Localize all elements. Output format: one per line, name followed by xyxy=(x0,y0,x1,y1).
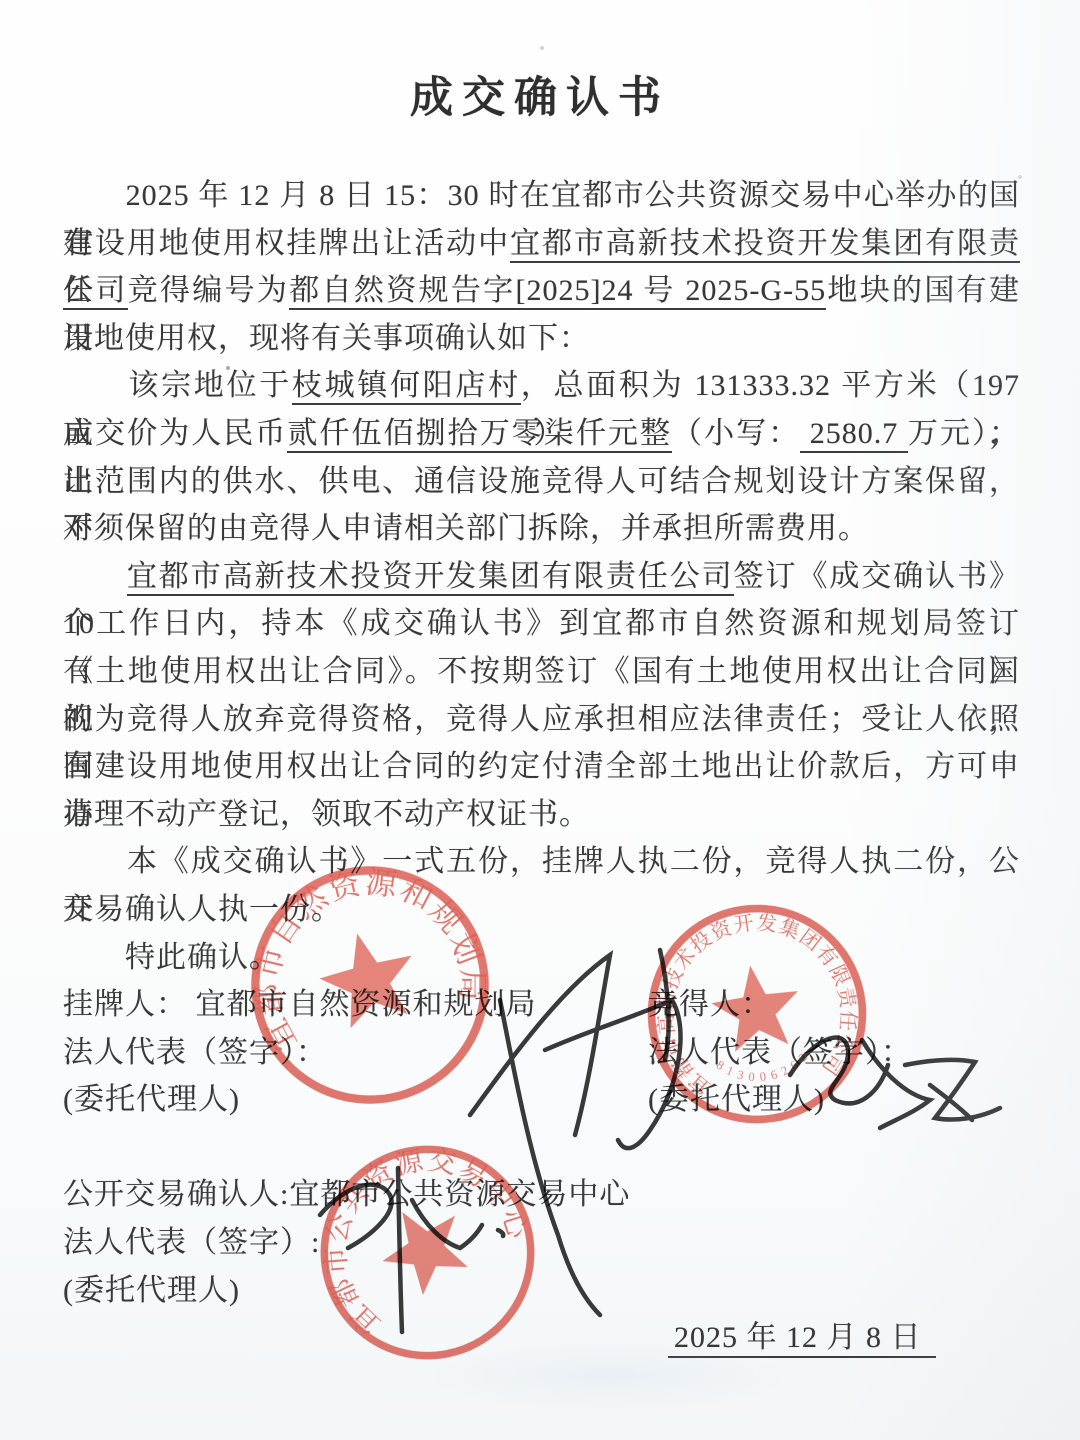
document-line: 让范围内的供水、供电、通信设施竞得人可结合规划设计方案保留，对 xyxy=(63,458,1020,506)
text-run: 法人代表（签字）： xyxy=(648,1036,912,1069)
right-column: (委托代理人) xyxy=(648,1076,825,1124)
document-line: 2025 年 12 月 8 日 15：30 时在宜都市公共资源交易中心举办的国有 xyxy=(63,172,1020,220)
underlined-text: 都自然资规告字[2025]24 号 2025-G-55 xyxy=(289,274,826,310)
document-line: 挂牌人： 宜都市自然资源和规划局竞得人： xyxy=(63,981,1020,1029)
text-run: 竞得人： xyxy=(648,988,772,1021)
text-run: （小写： xyxy=(672,417,800,450)
right-column: 法人代表（签字）： xyxy=(648,1029,912,1077)
text-run: 法人代表（签字）: xyxy=(63,1226,320,1259)
document-line: 成交价为人民币贰仟伍佰捌拾万零柒仟元整（小写： 2580.7 万元）；出 xyxy=(63,410,1020,458)
text-run: 挂牌人： 宜都市自然资源和规划局 xyxy=(63,988,537,1021)
underlined-text: 公司 xyxy=(63,274,128,310)
document-line: (委托代理人) xyxy=(63,1267,1020,1315)
text-run: 办理不动产登记，领取不动产权证书。 xyxy=(63,798,590,831)
underlined-text: 贰仟伍佰捌拾万零柒仟元整 xyxy=(287,417,672,453)
document-line: 不须保留的由竞得人申请相关部门拆除，并承担所需费用。 xyxy=(63,505,1020,553)
text-run: (委托代理人) xyxy=(63,1083,240,1116)
underlined-text: 2580.7 xyxy=(800,417,908,453)
scan-speck xyxy=(540,46,544,50)
text-run: 竞得编号为 xyxy=(128,274,290,307)
underlined-text: 宜都市高新技术投资开发集团有限责任公司 xyxy=(127,560,734,596)
text-run xyxy=(63,560,127,593)
text-run: 特此确认。 xyxy=(63,941,280,974)
underlined-text: 枝城镇何阳店村 xyxy=(292,369,521,405)
blank-line xyxy=(63,1124,1020,1172)
scan-speck xyxy=(1018,175,1022,179)
document-line: 办理不动产登记，领取不动产权证书。 xyxy=(63,791,1020,839)
document-line: 视为竞得人放弃竞得资格，竞得人应承担相应法律责任；受让人依照国 xyxy=(63,696,1020,744)
scan-speck xyxy=(226,366,230,370)
right-column: 竞得人： xyxy=(648,981,772,1029)
document-line: 建设用地使用权挂牌出让活动中宜都市高新技术投资开发集团有限责任 xyxy=(63,220,1020,268)
scanned-document-page: 成交确认书 2025 年 12 月 8 日 15：30 时在宜都市公共资源交易中… xyxy=(0,0,1080,1440)
document-line: 该宗地位于枝城镇何阳店村，总面积为 131333.32 平方米（197 亩）， xyxy=(63,362,1020,410)
document-line: 公开交易确认人:宜都市公共资源交易中心 xyxy=(63,1171,1020,1219)
document-title: 成交确认书 xyxy=(0,64,1080,125)
document-line: 本《成交确认书》一式五份，挂牌人执二份，竞得人执二份，公开 xyxy=(63,838,1020,886)
text-run: 成交价为人民币 xyxy=(63,417,287,450)
text-run: 用地使用权，现将有关事项确认如下： xyxy=(63,322,590,355)
document-line: 法人代表（签字）: xyxy=(63,1219,1020,1267)
text-run: 交易确认人执一份。 xyxy=(63,893,342,926)
underlined-text: 2025 年 12 月 8 日 xyxy=(668,1321,936,1358)
document-line: 公司竞得编号为都自然资规告字[2025]24 号 2025-G-55地块的国有建… xyxy=(63,267,1020,315)
document-body: 2025 年 12 月 8 日 15：30 时在宜都市公共资源交易中心举办的国有… xyxy=(63,172,1020,1362)
text-run: 公开交易确认人:宜都市公共资源交易中心 xyxy=(63,1178,630,1211)
document-line: 特此确认。 xyxy=(63,934,1020,982)
document-line: 2025 年 12 月 8 日 xyxy=(63,1314,1020,1362)
document-line: (委托代理人)(委托代理人) xyxy=(63,1076,1020,1124)
text-run: (委托代理人) xyxy=(648,1083,825,1116)
text-run: 不须保留的由竞得人申请相关部门拆除，并承担所需费用。 xyxy=(63,512,869,545)
document-line: 有土地使用权出让合同》。不按期签订《国有土地使用权出让合同》的， xyxy=(63,648,1020,696)
document-line: 用地使用权，现将有关事项确认如下： xyxy=(63,315,1020,363)
document-line: 交易确认人执一份。 xyxy=(63,886,1020,934)
text-run: (委托代理人) xyxy=(63,1274,240,1307)
document-line: 法人代表（签字）：法人代表（签字）： xyxy=(63,1029,1020,1077)
document-line: 宜都市高新技术投资开发集团有限责任公司签订《成交确认书》10 xyxy=(63,553,1020,601)
text-run: 该宗地位于 xyxy=(63,369,292,402)
document-line: 有建设用地使用权出让合同的约定付清全部土地出让价款后，方可申请 xyxy=(63,743,1020,791)
document-line: 个工作日内，持本《成交确认书》到宜都市自然资源和规划局签订《国 xyxy=(63,600,1020,648)
text-run: 法人代表（签字）： xyxy=(63,1036,327,1069)
text-run: 建设用地使用权挂牌出让活动中 xyxy=(63,227,510,260)
